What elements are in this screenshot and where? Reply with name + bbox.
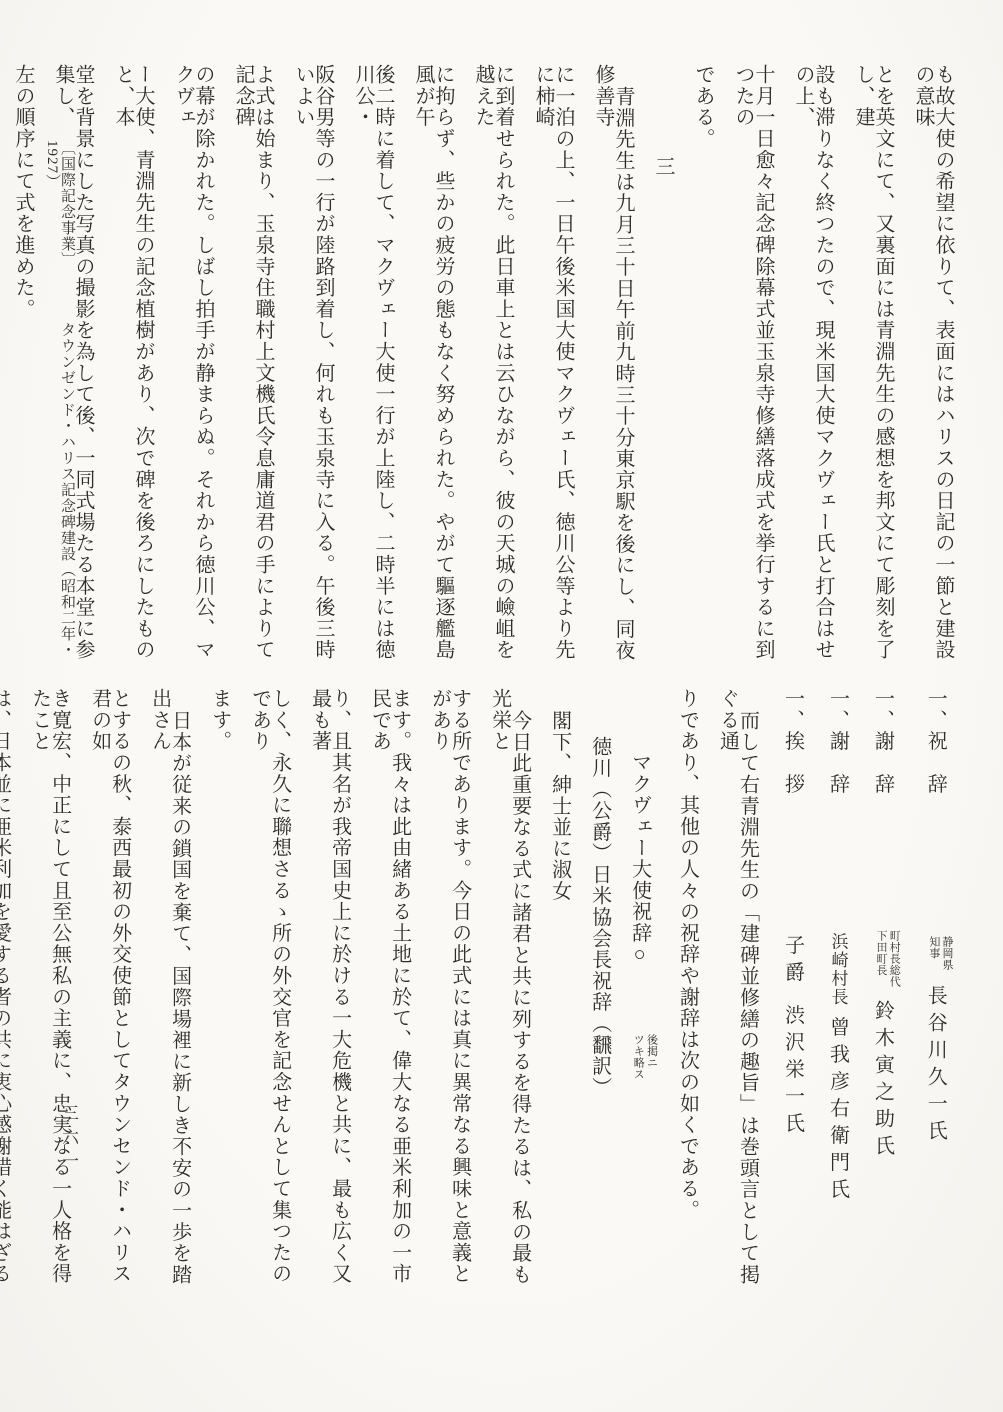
text-line: ます。我々は此由緒ある土地に於て、偉大なる亜米利加の一市民であ: [370, 688, 410, 1298]
program-item: 一、祝 辞静岡県知事長谷川久一氏: [925, 688, 953, 1298]
spacer: [935, 973, 936, 985]
spacer: [792, 795, 793, 935]
text-line: も故大使の希望に依りて、表面にはハリスの日記の一節と建設の意味: [913, 64, 953, 670]
text-line: に一泊の上、一日午後米国大使マクヴェー氏、徳川公等より先に柿崎: [533, 64, 573, 670]
text-line: 後二時に着して、マクヴェー大使一行が上陸し、二時半には徳川公・: [353, 64, 393, 670]
person-title: 子爵: [781, 935, 803, 989]
text-line: り、且其名が我帝国史上に於ける一大危機と共に、最も広く又最も著: [310, 688, 350, 1298]
text-line: 十月一日愈々記念碑除幕式並玉泉寺修繕落成式を挙行するに到つたの: [733, 64, 773, 670]
program-item-label: 一、祝 辞: [924, 688, 946, 795]
text-line: 而して右青淵先生の「建碑並修繕の趣旨」は巻頭言として掲ぐる通: [717, 688, 757, 1298]
person-name: 長谷川久一氏: [924, 985, 946, 1147]
text-line: の幕が除かれた。しばし拍手が静まらぬ。それから徳川公、マクヴェ: [173, 64, 213, 670]
text-line: は、日本並に亜米利加を愛する者の共に衷心感謝措く能はざる処であ: [0, 688, 10, 1298]
program-item: 一、挨 拶子爵渋沢栄一氏: [782, 688, 802, 1298]
salutation-line: 閣下、紳士並に淑女: [550, 688, 570, 1298]
text-line: とを英文にて、又裏面には青淵先生の感想を邦文にて彫刻を了し、建: [853, 64, 893, 670]
person-name: 曾我彦右衛門氏: [826, 1017, 848, 1206]
person-title-annotation: 静岡県知事: [927, 936, 953, 971]
text-line: 設も滞りなく終つたので、現米国大使マクヴェー氏と打合はせの上、: [793, 64, 833, 670]
spacer: [882, 795, 883, 927]
text-line: 青淵先生は九月三十日午前九時三十分東京駅を後にし、同夜修善寺: [593, 64, 633, 670]
program-item-label: 一、挨 拶: [781, 688, 803, 795]
speech-heading: 徳川（公爵）日米協会長祝辞（飜訳）: [590, 688, 610, 1298]
person-name: 鈴木寅之助氏: [871, 1000, 893, 1162]
text-line: 今日此重要なる式に諸君と共に列するを得たるは、私の最も光栄と: [490, 688, 530, 1298]
top-text-block: も故大使の希望に依りて、表面にはハリスの日記の一節と建設の意味 とを英文にて、又…: [0, 64, 953, 670]
text-line: する所であります。今日の此式には真に異常なる興味と意義とがあり: [430, 688, 470, 1298]
person-title-annotation: 町村長総代下田町長: [874, 930, 900, 988]
text-line: 阪谷男等の一行が陸路到着し、何れも玉泉寺に入る。午後三時いよい: [293, 64, 333, 670]
spacer: [837, 795, 838, 933]
text-line: に到着せられた。此日車上とは云ひながら、彼の天城の嶮岨を越えた: [473, 64, 513, 670]
text-line: 日本が従来の鎖国を棄て、国際場裡に新しき不安の一歩を踏出さん: [150, 688, 190, 1298]
program-item: 一、謝 辞町村長総代下田町長鈴木寅之助氏: [872, 688, 900, 1298]
book-page: も故大使の希望に依りて、表面にはハリスの日記の一節と建設の意味 とを英文にて、又…: [0, 0, 1003, 1412]
program-item: 一、謝 辞浜崎村長曾我彦右衛門氏: [827, 688, 847, 1298]
spacer: [935, 795, 936, 933]
running-footer: 〔国際記念事業〕タウンゼンド・ハリス記念碑建設（昭和二年・1927）: [44, 140, 74, 685]
spacer: [67, 268, 68, 322]
page-number: 三六一: [60, 1104, 77, 1176]
footer-series-label: 〔国際記念事業〕: [59, 140, 75, 268]
program-item-label: 一、謝 辞: [826, 688, 848, 795]
person-name: 渋沢栄一氏: [781, 1005, 803, 1140]
text-line: である。: [693, 64, 713, 670]
text-line: りであり、其他の人々の祝辞や謝辞は次の如くである。: [677, 688, 697, 1298]
text-line: しく、永久に聯想さるゝ所の外交官を記念せんとして集つたのであり: [250, 688, 290, 1298]
speech-heading-text: マクヴェー大使祝辞○: [629, 752, 651, 967]
text-line: 左の順序にて式を進めた。: [13, 64, 33, 670]
section-heading: 三: [653, 64, 673, 670]
text-line: ー大使、青淵先生の記念植樹があり、次で碑を後ろにしたものと、本: [113, 64, 153, 670]
spacer: [792, 989, 793, 1005]
text-line: き寛宏、中正にして且至公無私の主義に、忠実なる一人格を得たこと: [30, 688, 70, 1298]
speech-heading: マクヴェー大使祝辞○後掲ニツキ略ス: [630, 688, 658, 1298]
text-line: よ式は始まり、玉泉寺住職村上文機氏令息庸道君の手によりて記念碑: [233, 64, 273, 670]
person-title: 浜崎村長: [828, 933, 847, 1007]
spacer: [837, 1007, 838, 1017]
spacer: [882, 990, 883, 1000]
program-item-label: 一、謝 辞: [871, 688, 893, 795]
text-line: ます。: [210, 688, 230, 1298]
speech-omission-note: 後掲ニツキ略ス: [631, 970, 657, 1080]
text-line: に拘らず、些かの疲労の態もなく努められた。やがて驅逐艦島風が午: [413, 64, 453, 670]
bottom-text-block: 一、祝 辞静岡県知事長谷川久一氏 一、謝 辞町村長総代下田町長鈴木寅之助氏 一、…: [0, 688, 953, 1298]
text-line: とするの秋、泰西最初の外交使節としてタウンセンド・ハリス君の如: [90, 688, 130, 1298]
